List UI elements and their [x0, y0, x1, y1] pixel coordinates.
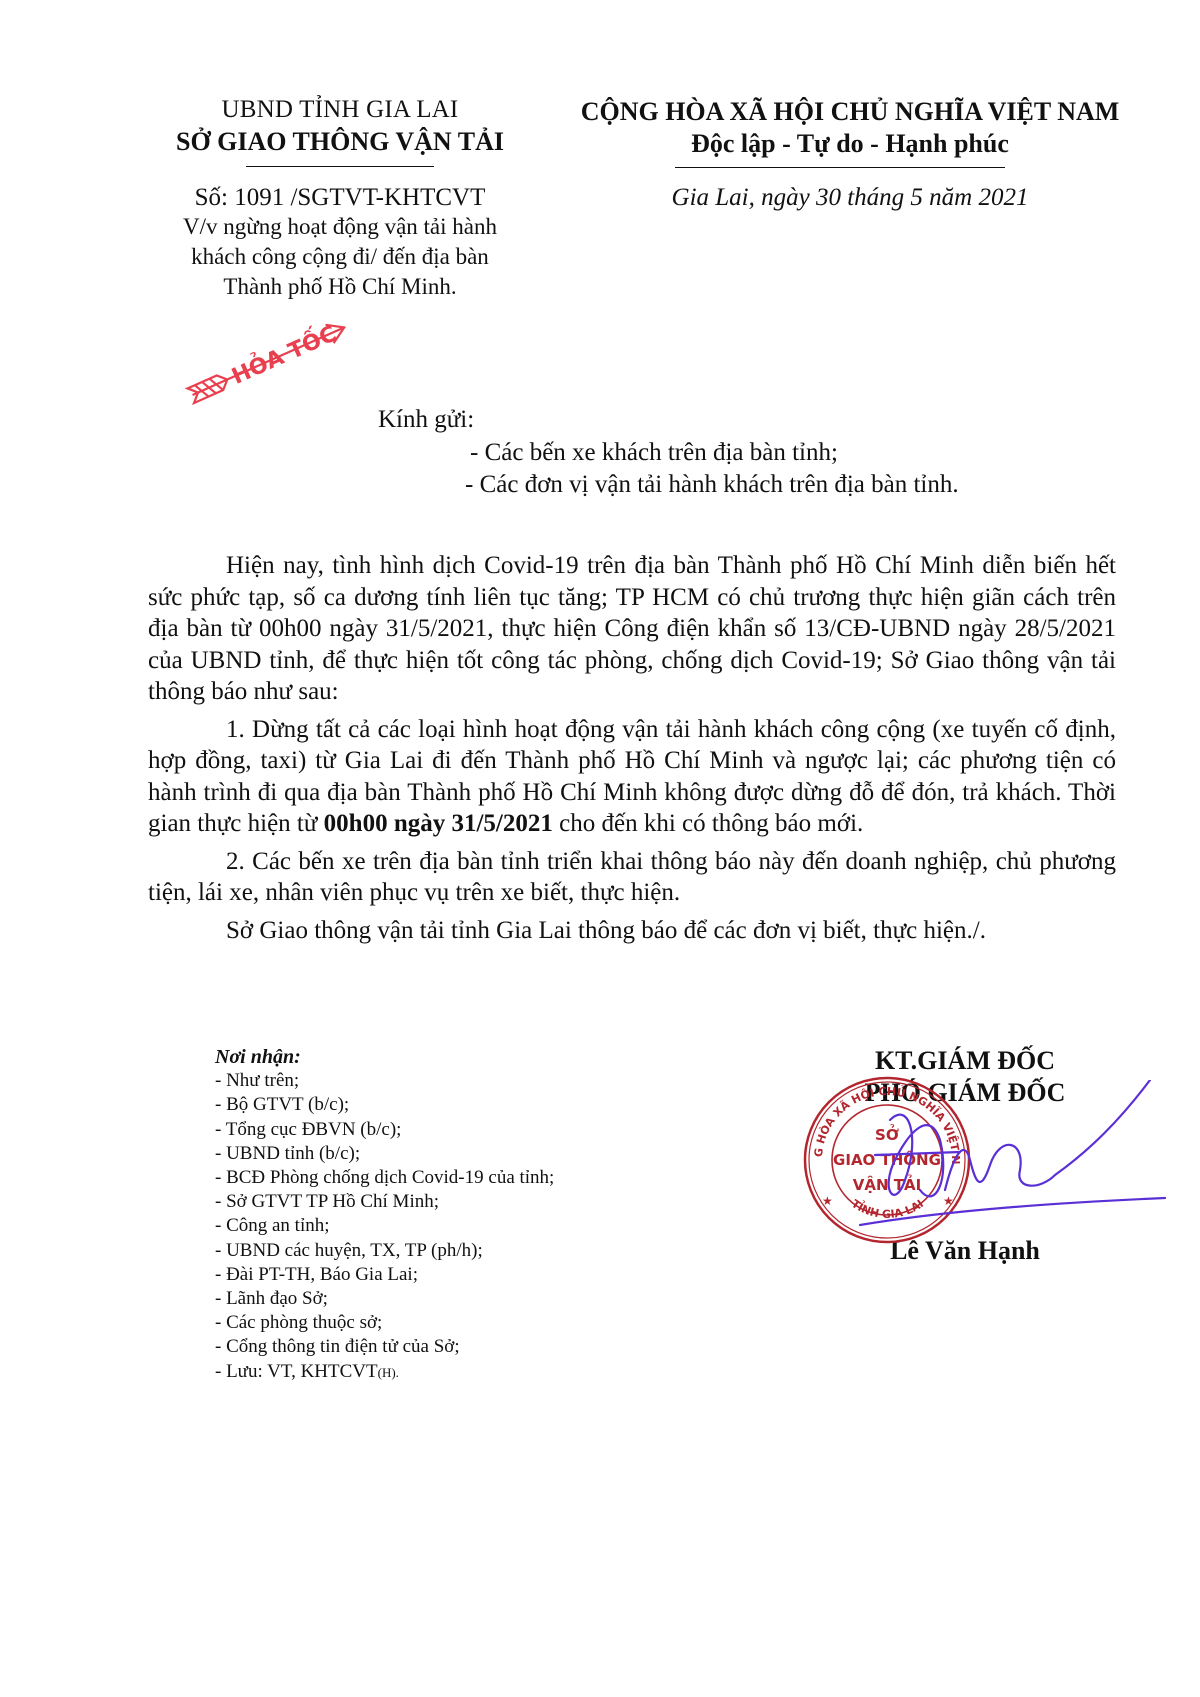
recipients-list: Nơi nhận: - Như trên; - Bộ GTVT (b/c); -…: [215, 1045, 554, 1385]
header-divider-left: [246, 166, 434, 167]
recipient-item: - Đài PT-TH, Báo Gia Lai;: [215, 1263, 554, 1287]
recipient-item: - Bộ GTVT (b/c);: [215, 1093, 554, 1117]
subject-line: V/v ngừng hoạt động vận tải hành: [140, 212, 540, 242]
recipient-item: - Công an tỉnh;: [215, 1214, 554, 1238]
intro-paragraph: Hiện nay, tình hình dịch Covid-19 trên đ…: [148, 550, 1116, 708]
recipient-item: - Như trên;: [215, 1069, 554, 1093]
addressee-label: Kính gửi:: [378, 405, 474, 435]
svg-text:★: ★: [822, 1194, 833, 1208]
recipients-title: Nơi nhận:: [215, 1045, 554, 1069]
country-name: CỘNG HÒA XÃ HỘI CHỦ NGHĨA VIỆT NAM: [560, 96, 1140, 128]
recipient-item: - Lưu: VT, KHTCVT(H).: [215, 1360, 554, 1385]
issuing-authority: UBND TỈNH GIA LAI: [140, 94, 540, 126]
addressee-list: - Các bến xe khách trên địa bàn tỉnh; - …: [470, 437, 959, 501]
item-1-paragraph: 1. Dừng tất cả các loại hình hoạt động v…: [148, 714, 1116, 840]
item-2-paragraph: 2. Các bến xe trên địa bàn tỉnh triển kh…: [148, 846, 1116, 909]
recipient-item: - UBND các huyện, TX, TP (ph/h);: [215, 1239, 554, 1263]
recipient-item: - Các phòng thuộc sở;: [215, 1311, 554, 1335]
closing-paragraph: Sở Giao thông vận tải tỉnh Gia Lai thông…: [148, 915, 1116, 947]
header-divider-right: [675, 167, 1005, 168]
addressee-item: - Các đơn vị vận tải hành khách trên địa…: [465, 469, 959, 501]
urgent-arrow-stamp-icon: HỎA TỐC: [175, 300, 365, 410]
subject-line: Thành phố Hồ Chí Minh.: [140, 272, 540, 302]
document-subject: V/v ngừng hoạt động vận tải hành khách c…: [140, 212, 540, 302]
document-body: Hiện nay, tình hình dịch Covid-19 trên đ…: [148, 550, 1116, 952]
effective-time: 00h00 ngày 31/5/2021: [324, 810, 553, 837]
issuer-header: UBND TỈNH GIA LAI SỞ GIAO THÔNG VẬN TẢI: [140, 94, 540, 158]
recipient-item: - Lãnh đạo Sở;: [215, 1287, 554, 1311]
recipient-item: - Tổng cục ĐBVN (b/c);: [215, 1118, 554, 1142]
svg-text:HỎA TỐC: HỎA TỐC: [227, 318, 341, 390]
issuing-department: SỞ GIAO THÔNG VẬN TẢI: [140, 126, 540, 158]
recipient-item: - Cổng thông tin điện tử của Sở;: [215, 1335, 554, 1359]
recipient-item: - UBND tỉnh (b/c);: [215, 1142, 554, 1166]
recipient-item: - BCĐ Phòng chống dịch Covid-19 của tỉnh…: [215, 1166, 554, 1190]
place-and-date: Gia Lai, ngày 30 tháng 5 năm 2021: [560, 183, 1140, 213]
addressee-item: - Các bến xe khách trên địa bàn tỉnh;: [470, 437, 959, 469]
recipient-item: - Sở GTVT TP Hồ Chí Minh;: [215, 1190, 554, 1214]
handwritten-signature-icon: [850, 1080, 1170, 1230]
subject-line: khách công cộng đi/ đến địa bàn: [140, 242, 540, 272]
signer-title-1: KT.GIÁM ĐỐC: [780, 1045, 1150, 1077]
national-header: CỘNG HÒA XÃ HỘI CHỦ NGHĨA VIỆT NAM Độc l…: [560, 96, 1140, 160]
national-motto: Độc lập - Tự do - Hạnh phúc: [560, 128, 1140, 160]
document-number: Số: 1091 /SGTVT-KHTCVT: [140, 183, 540, 213]
